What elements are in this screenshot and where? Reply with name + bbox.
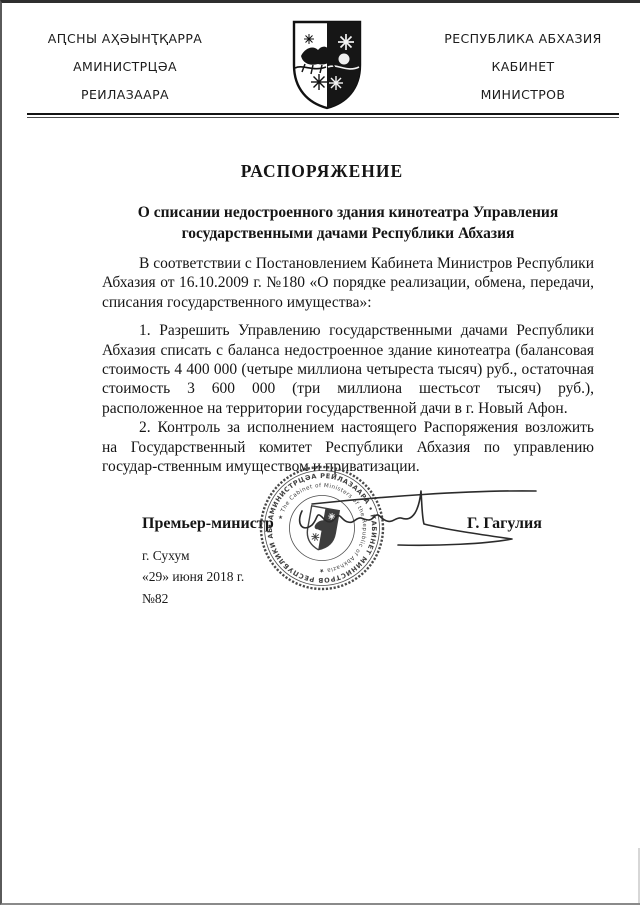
document-date: «29» июня 2018 г. [142, 569, 244, 585]
document-number: №82 [142, 591, 168, 607]
header-abkhaz-block: АԤСНЫ АҲӘЫНҬҚАРРА АМИНИСТРЦӘА РЕИЛАЗААРА [30, 25, 220, 109]
header-russian-block: РЕСПУБЛИКА АБХАЗИЯ КАБИНЕТ МИНИСТРОВ [428, 25, 618, 109]
document-subject: О списании недостроенного здания кинотеа… [102, 203, 594, 244]
small-star-icon [304, 34, 314, 44]
header-abkhaz-line-3: РЕИЛАЗААРА [30, 81, 220, 109]
document-body: В соответствии с Постановлением Кабинета… [102, 254, 594, 476]
signatory-post: Премьер-министр [142, 515, 274, 533]
scanned-document-page: АԤСНЫ АҲӘЫНҬҚАРРА АМИНИСТРЦӘА РЕИЛАЗААРА… [0, 0, 640, 905]
header-russian-line-1: РЕСПУБЛИКА АБХАЗИЯ [428, 25, 618, 53]
header-russian-line-2: КАБИНЕТ [428, 53, 618, 81]
coat-of-arms-icon [289, 19, 365, 111]
header-abkhaz-line-1: АԤСНЫ АҲӘЫНҬҚАРРА [30, 25, 220, 53]
bottom-white-star-icon [329, 76, 343, 90]
document-place: г. Сухум [142, 548, 190, 564]
header-abkhaz-line-2: АМИНИСТРЦӘА [30, 53, 220, 81]
paragraph-preamble: В соответствии с Постановлением Кабинета… [102, 254, 594, 312]
header-divider-rule [27, 113, 619, 118]
header-russian-line-3: МИНИСТРОВ [428, 81, 618, 109]
orb-shape [339, 54, 350, 65]
document-title: РАСПОРЯЖЕНИЕ [2, 161, 640, 182]
handwritten-signature [288, 477, 548, 561]
paragraph-item-1: 1. Разрешить Управлению государственными… [102, 321, 594, 418]
